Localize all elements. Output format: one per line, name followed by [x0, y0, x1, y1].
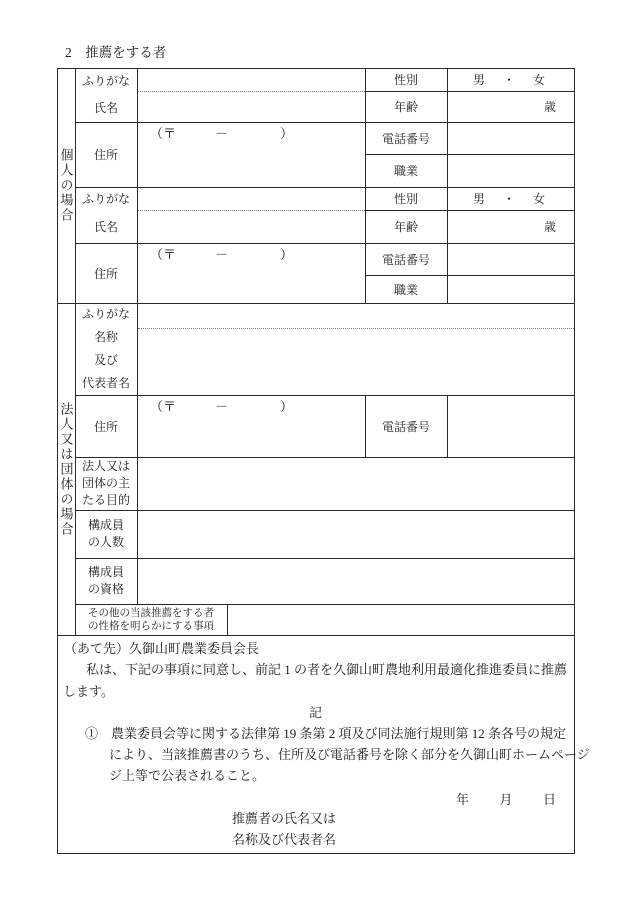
- note-heading: 記: [57, 705, 574, 721]
- other-matters-label: その他の当該推薦をする者 の性格を明らかにする事項: [75, 604, 227, 635]
- date-line: 年 月 日: [456, 789, 556, 808]
- corporate-name-label: ふりがな 名称 及び 代表者名: [75, 303, 137, 395]
- corporate-name-label-line: 代表者名: [82, 375, 130, 392]
- corporate-name-label-line: ふりがな: [82, 306, 130, 323]
- corporate-name-label-line: 及び: [94, 352, 118, 369]
- age-label: 年齢: [365, 91, 447, 122]
- item1-line-1: ① 農業委員会等に関する法律第 19 条第 2 項及び同法施行規則第 12 条各…: [85, 726, 566, 742]
- grid-line: [57, 635, 575, 636]
- furigana-label: ふりがな: [75, 68, 137, 92]
- address-label: 住所: [75, 395, 137, 457]
- name-label: 氏名: [75, 93, 137, 121]
- age-label: 年齢: [365, 210, 447, 243]
- item1-line-2: により、当該推薦書のうち、住所及び電話番号を除く部分を久御山町ホームページ: [109, 747, 590, 763]
- occupation-value-cell: [447, 154, 574, 187]
- phone-label: 電話番号: [365, 395, 447, 457]
- gender-options: 男 ・ 女: [447, 187, 574, 210]
- name-input-cell: [138, 92, 365, 122]
- gender-label: 性別: [365, 187, 447, 210]
- occupation-label: 職業: [365, 154, 447, 187]
- gender-options: 男 ・ 女: [447, 68, 574, 91]
- grid-line: [57, 853, 575, 854]
- individual-section-header: 個人の場合: [57, 68, 75, 303]
- corporate-section-header: 法人又は団体の場合: [57, 303, 75, 635]
- corporate-purpose-value-cell: [138, 457, 574, 510]
- date-year-label: 年: [456, 789, 469, 808]
- occupation-value-cell: [447, 275, 574, 303]
- postal-template: （〒 － ）: [150, 247, 293, 263]
- corporate-name-input-cell: [138, 303, 574, 328]
- members-count-value-cell: [138, 510, 574, 558]
- consent-line-2: します。: [63, 684, 114, 700]
- section-title: 2 推薦をする者: [65, 45, 166, 61]
- phone-label: 電話番号: [365, 243, 447, 275]
- postal-template: （〒 － ）: [150, 126, 293, 142]
- phone-value-cell: [447, 243, 574, 275]
- signer-label-line-1: 推薦者の氏名又は: [232, 811, 336, 827]
- signer-label-line-2: 名称及び代表者名: [232, 832, 336, 848]
- name-input-cell: [138, 211, 365, 242]
- other-matters-value-cell: [227, 604, 574, 635]
- date-month-label: 月: [499, 789, 512, 808]
- address-label: 住所: [75, 122, 137, 187]
- members-qualification-value-cell: [138, 558, 574, 604]
- age-unit: 歳: [447, 91, 574, 122]
- other-matters-label-line: の性格を明らかにする事項: [88, 620, 214, 633]
- members-qualification-label: 構成員 の資格: [75, 558, 137, 604]
- item1-line-3: ジ上等で公表されること。: [109, 768, 265, 784]
- corporate-purpose-label-line: 団体の主: [82, 475, 130, 492]
- consent-line-1: 私は、下記の事項に同意し、前記 1 の者を久御山町農地利用最適化推進委員に推薦: [86, 662, 567, 678]
- postal-template: （〒 － ）: [150, 399, 293, 415]
- members-qualification-label-line: の資格: [88, 581, 124, 598]
- dotted-divider: [138, 328, 574, 329]
- phone-label: 電話番号: [365, 122, 447, 154]
- members-count-label-line: 構成員: [88, 517, 124, 534]
- occupation-label: 職業: [365, 275, 447, 303]
- name-label: 氏名: [75, 212, 137, 241]
- corporate-purpose-label: 法人又は 団体の主 たる目的: [75, 457, 137, 510]
- age-unit: 歳: [447, 210, 574, 243]
- corporate-purpose-label-line: 法人又は: [82, 458, 130, 475]
- furigana-input-cell: [138, 187, 365, 210]
- corporate-purpose-label-line: たる目的: [82, 492, 130, 509]
- furigana-label: ふりがな: [75, 187, 137, 210]
- grid-line: [574, 68, 575, 854]
- members-count-label: 構成員 の人数: [75, 510, 137, 558]
- phone-value-cell: [447, 395, 574, 457]
- addressee-line: （あて先）久御山町農業委員会長: [64, 641, 259, 657]
- address-label: 住所: [75, 243, 137, 303]
- corporate-name-label-line: 名称: [94, 329, 118, 346]
- furigana-input-cell: [138, 68, 365, 91]
- recommendation-form-page: 2 推薦をする者 個人の場合 法人又は団体の場合 ふりがな 氏名 性別 男 ・ …: [0, 0, 630, 903]
- members-qualification-label-line: 構成員: [88, 564, 124, 581]
- date-day-label: 日: [543, 789, 556, 808]
- gender-label: 性別: [365, 68, 447, 91]
- members-count-label-line: の人数: [88, 534, 124, 551]
- other-matters-label-line: その他の当該推薦をする者: [88, 607, 214, 620]
- phone-value-cell: [447, 122, 574, 154]
